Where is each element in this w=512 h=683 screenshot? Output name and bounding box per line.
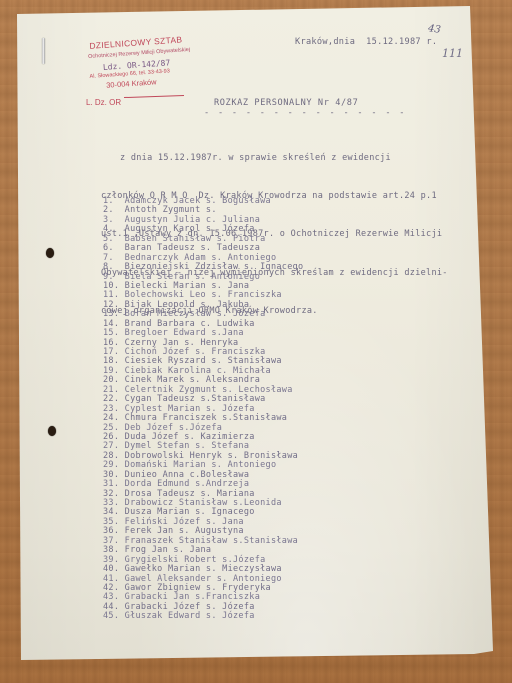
- ldz-label: L. Dz. OR: [86, 98, 121, 107]
- handwritten-mark: 43: [427, 23, 441, 36]
- document-title: ROZKAZ PERSONALNY Nr 4/87: [214, 98, 358, 108]
- list-item: 45. Głuszak Edward s. Józefa: [103, 612, 303, 621]
- title-underline: - - - - - - - - - - - - - - -: [204, 108, 406, 118]
- paragraph-line: z dnia 15.12.1987r. w sprawie skreśleń z…: [120, 152, 448, 165]
- staple-icon: [42, 38, 45, 64]
- place-date: Kraków,dnia 15.12.1987 r.: [295, 37, 437, 47]
- removed-members-list: 1. Adamczyk Jacek s. Bogusława2. Antoth …: [103, 197, 303, 622]
- punch-hole-icon: [48, 426, 56, 436]
- handwritten-page-number: 111: [442, 47, 463, 60]
- punch-hole-icon: [46, 248, 54, 258]
